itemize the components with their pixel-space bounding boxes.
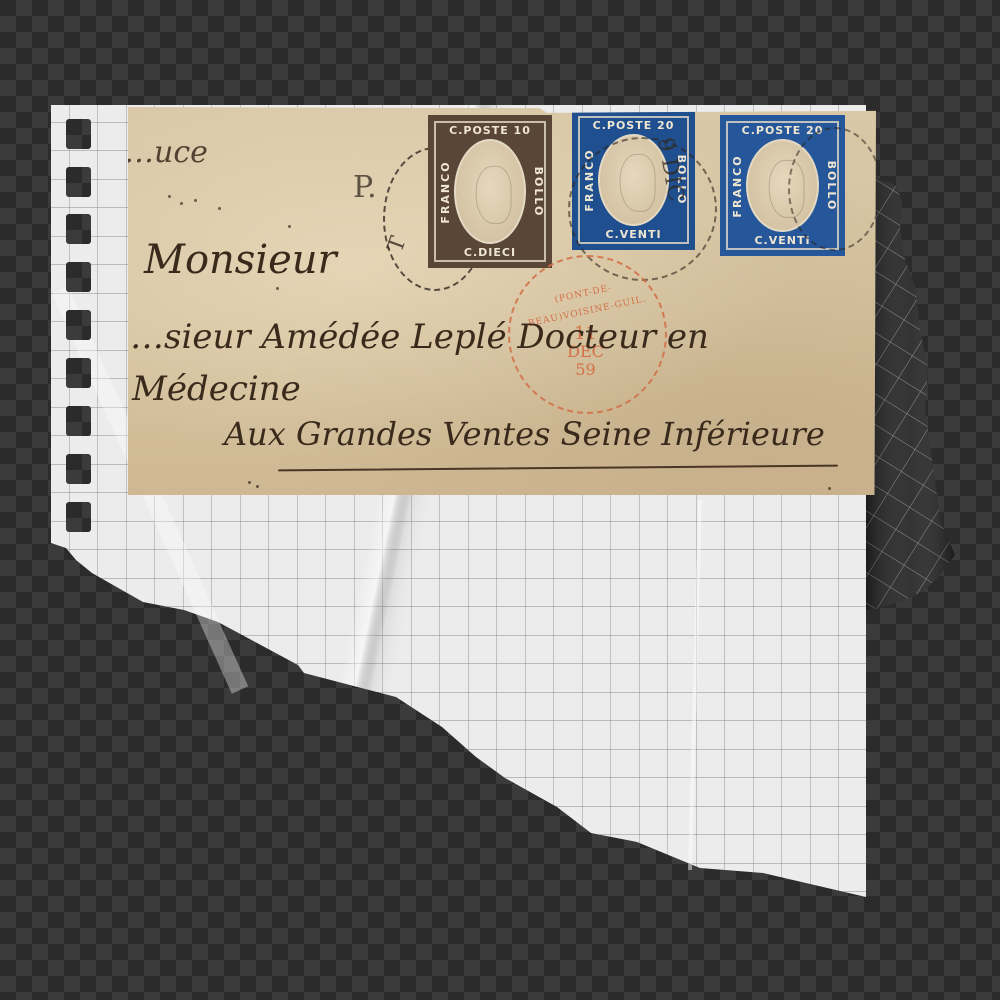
perforation-hole — [66, 167, 91, 197]
perforation-hole — [66, 454, 91, 484]
king-profile-icon — [476, 165, 512, 223]
perforation-hole — [66, 119, 91, 149]
perforation-hole — [66, 262, 91, 292]
ink-speck — [180, 202, 183, 205]
ink-speck — [194, 199, 197, 202]
handwriting-address-line-2: Médecine — [132, 369, 301, 409]
postmark-black-right — [788, 127, 882, 251]
perforation-hole — [66, 406, 91, 436]
perforation-hole — [66, 502, 91, 532]
perforation-hole — [66, 214, 91, 244]
ink-speck — [256, 485, 259, 488]
handwriting-address-line-1: …sieur Amédée Leplé Docteur en — [130, 317, 709, 357]
ink-speck — [168, 195, 171, 198]
stamp-brown-10c: C.POSTE 10 FRANCO BOLLO C.DIECI — [428, 115, 552, 268]
ink-underline — [278, 465, 838, 472]
perforation-hole — [66, 358, 91, 388]
vintage-envelope: P. T C.POSTE 10 FRANCO BOLLO C.DIECI C.P… — [128, 107, 876, 495]
ink-speck — [248, 481, 251, 484]
handwriting-greeting: Monsieur — [144, 237, 337, 283]
ink-speck — [276, 287, 279, 290]
handwriting-address-line-3: Aux Grandes Ventes Seine Inférieure — [224, 415, 825, 453]
ink-speck — [828, 487, 831, 490]
perforation-hole — [66, 310, 91, 340]
ink-speck — [288, 225, 291, 228]
postmark-letter: P. — [353, 170, 377, 205]
ink-speck — [218, 207, 221, 210]
handwriting-fragment: …uce — [124, 135, 208, 170]
